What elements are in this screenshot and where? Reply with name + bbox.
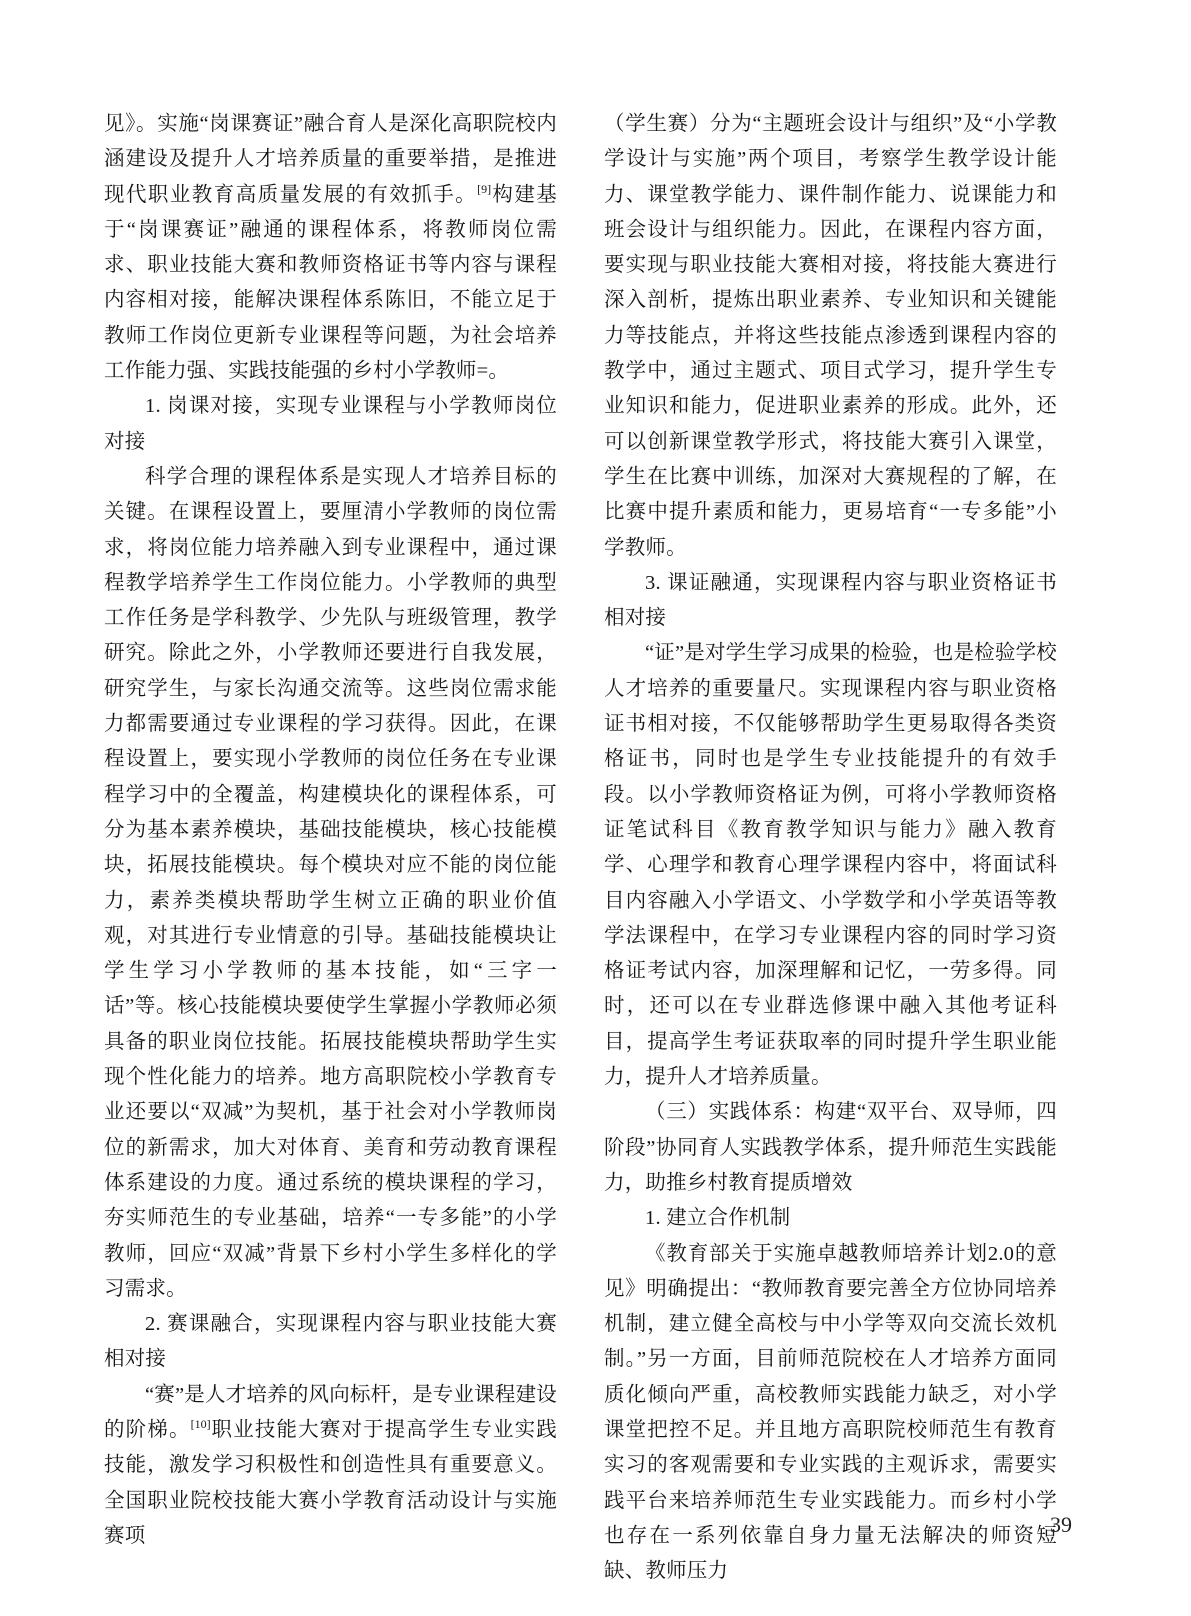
page-number: 39	[1050, 1510, 1072, 1540]
body-paragraph: “证”是对学生学习成果的检验，也是检验学校人才培养的重要量尺。实现课程内容与职业…	[604, 636, 1057, 1095]
section-heading: 2. 赛课融合，实现课程内容与职业技能大赛相对接	[104, 1307, 557, 1378]
section-heading: （三）实践体系：构建“双平台、双导师，四阶段”协同育人实践教学体系，提升师范生实…	[604, 1095, 1057, 1201]
continuation-paragraph: 见》。实施“岗课赛证”融合育人是深化高职院校内涵建设及提升人才培养质量的重要举措…	[104, 107, 557, 389]
right-column: （学生赛）分为“主题班会设计与组织”及“小学教学设计与实施”两个项目，考察学生教…	[604, 107, 1057, 1589]
two-column-text-block: 见》。实施“岗课赛证”融合育人是深化高职院校内涵建设及提升人才培养质量的重要举措…	[104, 107, 1057, 1589]
section-heading: 1. 建立合作机制	[604, 1201, 1057, 1236]
section-heading: 3. 课证融通，实现课程内容与职业资格证书相对接	[604, 566, 1057, 637]
section-heading: 1. 岗课对接，实现专业课程与小学教师岗位对接	[104, 389, 557, 460]
body-paragraph: “赛”是人才培养的风向标杆，是专业课程建设的阶梯。[10]职业技能大赛对于提高学…	[104, 1378, 557, 1554]
citation-marker: [9]	[477, 182, 491, 196]
citation-marker: [10]	[191, 1417, 211, 1431]
body-paragraph: 《教育部关于实施卓越教师培养计划2.0的意见》明确提出：“教师教育要完善全方位协…	[604, 1237, 1057, 1590]
document-page: 见》。实施“岗课赛证”融合育人是深化高职院校内涵建设及提升人才培养质量的重要举措…	[0, 0, 1191, 1616]
continuation-paragraph: （学生赛）分为“主题班会设计与组织”及“小学教学设计与实施”两个项目，考察学生教…	[604, 107, 1057, 566]
left-column: 见》。实施“岗课赛证”融合育人是深化高职院校内涵建设及提升人才培养质量的重要举措…	[104, 107, 557, 1589]
body-paragraph: 科学合理的课程体系是实现人才培养目标的关键。在课程设置上，要厘清小学教师的岗位需…	[104, 460, 557, 1307]
